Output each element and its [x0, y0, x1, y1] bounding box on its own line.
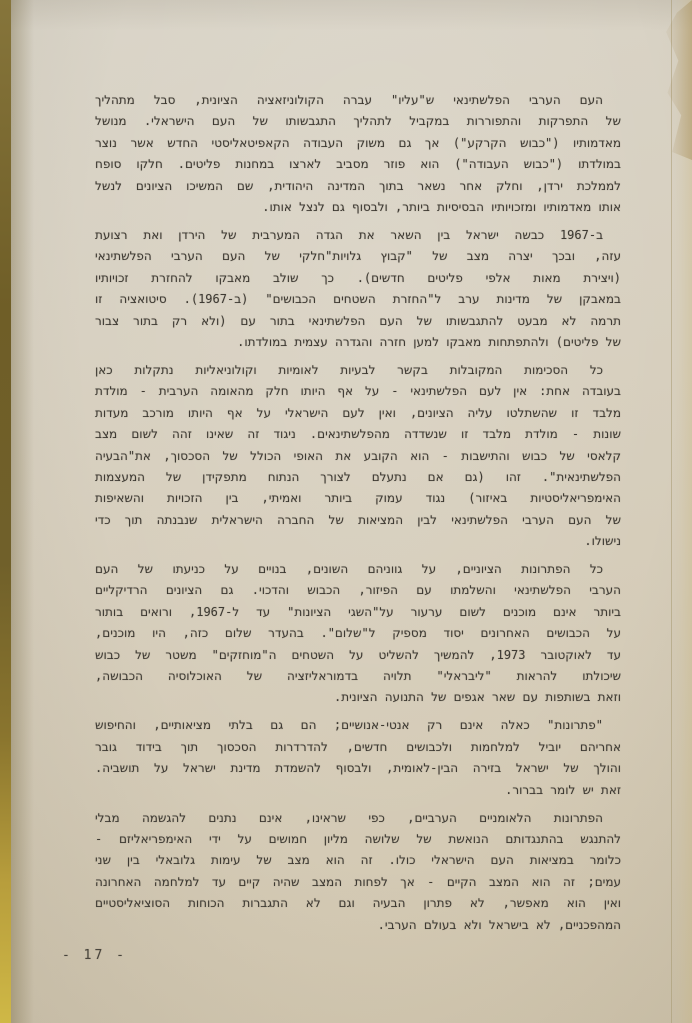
text-line: (ויצירת מאות אלפי פליטים חדשים). כך שולב…	[95, 268, 621, 289]
text-line: עזה, ובכך יצרה מצב של "קבוץ גלויות"חלקי …	[95, 246, 621, 267]
text-line: תרמה לא מבעט להתגבשותו של העם הפלשתינאי …	[95, 311, 621, 332]
text-line: הפתרונות הלאומניים הערביים, כפי שראינו, …	[95, 808, 621, 829]
paragraph: העם הערבי הפלשתינאי ש"עליו" עברה הקולוני…	[95, 90, 621, 218]
text-line: במולדתו ("כבוש העבודה") הוא פוזר מסביב ל…	[95, 154, 621, 175]
paragraph: הפתרונות הלאומניים הערביים, כפי שראינו, …	[95, 808, 621, 936]
text-line: לממלכת ירדן, וחלק אחר נשאר בתוך המדינה ה…	[95, 176, 621, 197]
text-line: שונות - מולדת מלבד זו שנשדדה מהפלשתינאים…	[95, 424, 621, 445]
text-line: להתנגש בהתנגדותם הנואשת של שלושה מליון ח…	[95, 829, 621, 850]
text-line: כל הסכימות המקובלות בקשר לבעיות לאומיות …	[95, 360, 621, 381]
text-line: עמים; זה הוא המצב הקיים - אך לפחות המצב …	[95, 872, 621, 893]
text-line: העם הערבי הפלשתינאי ש"עליו" עברה הקולוני…	[95, 90, 621, 111]
text-line: אותו מאדמותיו ומזכויותיו הבסיסיות ביותר,…	[95, 197, 621, 218]
text-line: שיכולתו להראות "ליבראלי" תלויה בדמוראליז…	[95, 666, 621, 687]
text-line: כלומר במציאות העם הישראלי כולו. זה הוא מ…	[95, 850, 621, 871]
text-line: אחריהם יוביל למלחמות ולכבושים חדשים, להד…	[95, 737, 621, 758]
body-text: העם הערבי הפלשתינאי ש"עליו" עברה הקולוני…	[95, 90, 621, 942]
text-line: עד לאוקטובר 1973, להמשיך להשליט על השטחי…	[95, 645, 621, 666]
text-line: והולך של ישראל בזירה הבין-לאומית, ולבסוף…	[95, 758, 621, 779]
text-line: וזאת בשותפות עם שאר אגפים של התנועה הציו…	[95, 687, 621, 708]
text-line: מאדמותיו ("כבוש הקרקע") אך גם משוק העבוד…	[95, 133, 621, 154]
text-line: של התפרקות והתפוררות במקביל לתהליך התגבש…	[95, 111, 621, 132]
text-line: האימפריאליסטיות באיזור) נגוד עמוק ביותר …	[95, 488, 621, 509]
text-line: בעובדה אחת: אין לעם הפלשתינאי - על אף הי…	[95, 381, 621, 402]
text-line: נישולו.	[95, 531, 621, 552]
text-line: המהפכניים, לא בישראל ולא בעולם הערבי.	[95, 915, 621, 936]
text-line: הפלשתינאית". זהו (גם אם נתעלם לצורך הנתו…	[95, 467, 621, 488]
text-line: של פליטים) ולהתפתחות מאבקו למען חזרה והג…	[95, 332, 621, 353]
text-line: הערבי הפלשתינאי והשלמתו עם הפיזור, הכבוש…	[95, 580, 621, 601]
text-line: "פתרונות" כאלה אינם רק אנטי-אנושיים; הם …	[95, 715, 621, 736]
scanned-document-page: העם הערבי הפלשתינאי ש"עליו" עברה הקולוני…	[0, 0, 692, 1023]
paragraph: כל הסכימות המקובלות בקשר לבעיות לאומיות …	[95, 360, 621, 553]
text-line: במאבקן של מדינות ערב ל"החזרת השטחים הכבו…	[95, 289, 621, 310]
text-line: ביותר אינם מוכנים לשום ערעור על"השגי הצי…	[95, 602, 621, 623]
text-line: כל הפתרונות הציוניים, על גווניהם השונים,…	[95, 559, 621, 580]
text-line: ב-1967 כבשה ישראל בין השאר את הגדה המערב…	[95, 225, 621, 246]
text-line: זאת יש לומר בברור.	[95, 780, 621, 801]
page-number: - 17 -	[62, 948, 127, 963]
text-line: מלבד זו שהשתלטו עליה הציונים, ואין לעם ה…	[95, 403, 621, 424]
text-line: ואין הוא מאפשר, לא פתרון הבעיה וגם לא הת…	[95, 893, 621, 914]
text-line: של העם הערבי הפלשתינאי לבין המציאות של ה…	[95, 510, 621, 531]
text-line: על הכבושים האחרונים יסוד מספיק ל"שלום". …	[95, 623, 621, 644]
paragraph: כל הפתרונות הציוניים, על גווניהם השונים,…	[95, 559, 621, 709]
paragraph: ב-1967 כבשה ישראל בין השאר את הגדה המערב…	[95, 225, 621, 353]
text-line: קלאסי של כבוש והתישבות - הוא הקובע את הא…	[95, 446, 621, 467]
book-cover-edge	[0, 0, 11, 1023]
paragraph: "פתרונות" כאלה אינם רק אנטי-אנושיים; הם …	[95, 715, 621, 801]
